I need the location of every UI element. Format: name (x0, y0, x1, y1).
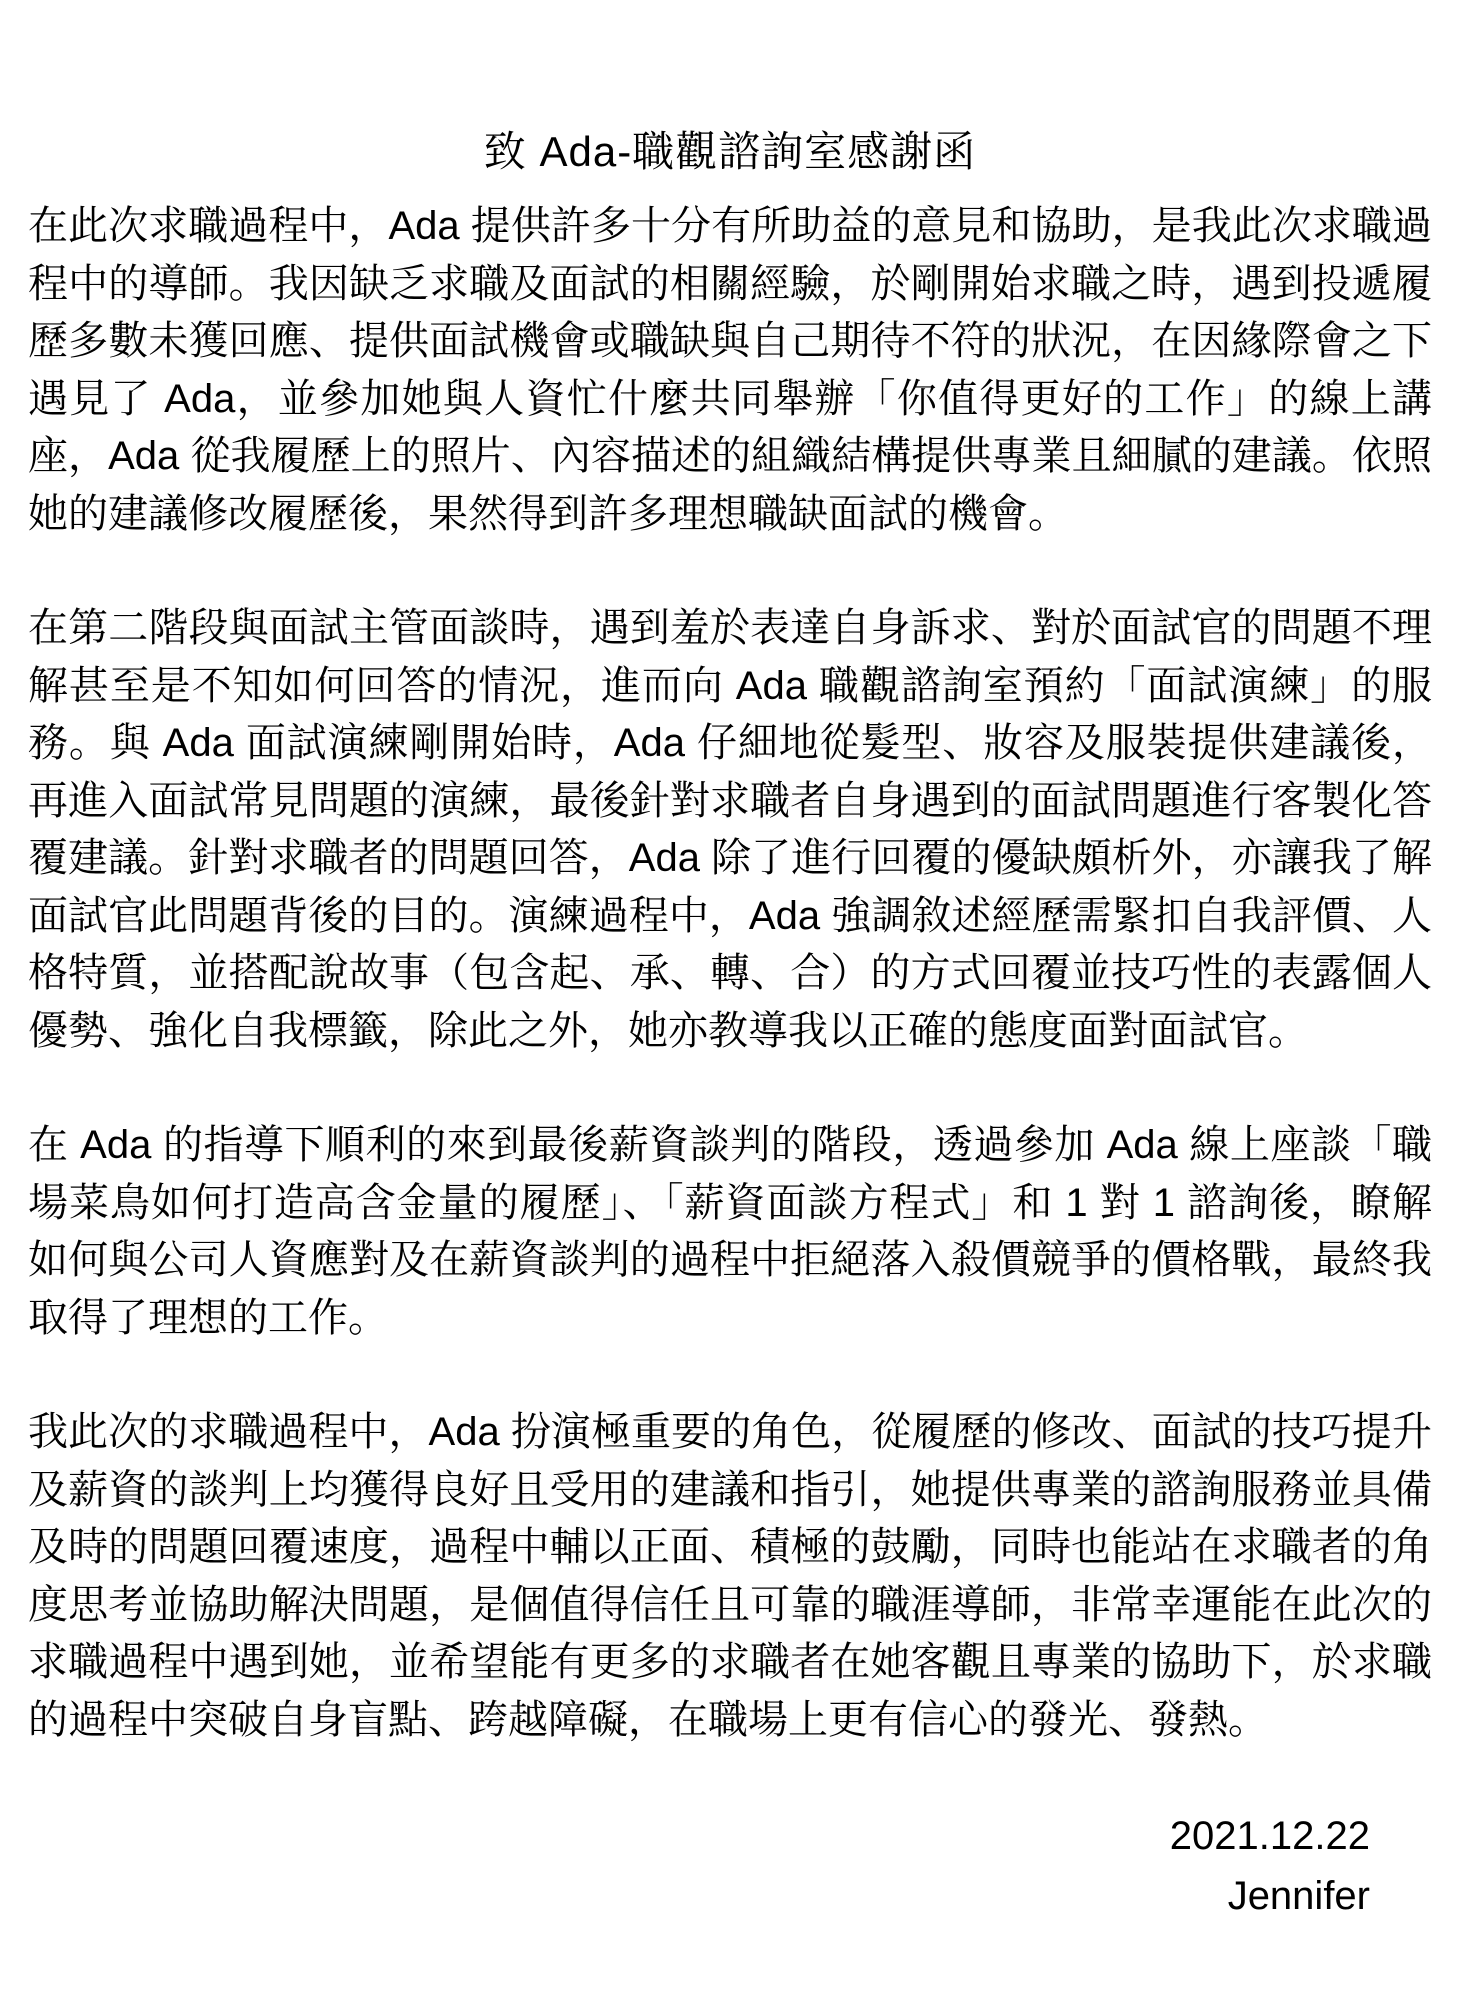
paragraph: 在 Ada 的指導下順利的來到最後薪資談判的階段，透過參加 Ada 線上座談「職… (28, 1117, 1432, 1347)
paragraph: 在第二階段與面試主管面談時，遇到羞於表達自身訴求、對於面試官的問題不理解甚至是不… (28, 600, 1432, 1060)
document-title: 致 Ada-職觀諮詢室感謝函 (28, 0, 1432, 182)
document-body: 在此次求職過程中，Ada 提供許多十分有所助益的意見和協助，是我此次求職過程中的… (28, 198, 1432, 1749)
document-page: 致 Ada-職觀諮詢室感謝函 在此次求職過程中，Ada 提供許多十分有所助益的意… (0, 0, 1457, 2000)
paragraph: 在此次求職過程中，Ada 提供許多十分有所助益的意見和協助，是我此次求職過程中的… (28, 198, 1432, 543)
signature-date: 2021.12.22 (28, 1806, 1370, 1866)
paragraph: 我此次的求職過程中，Ada 扮演極重要的角色，從履歷的修改、面試的技巧提升及薪資… (28, 1404, 1432, 1749)
signature-name: Jennifer (28, 1866, 1370, 1926)
signature-block: 2021.12.22 Jennifer (28, 1806, 1432, 1926)
